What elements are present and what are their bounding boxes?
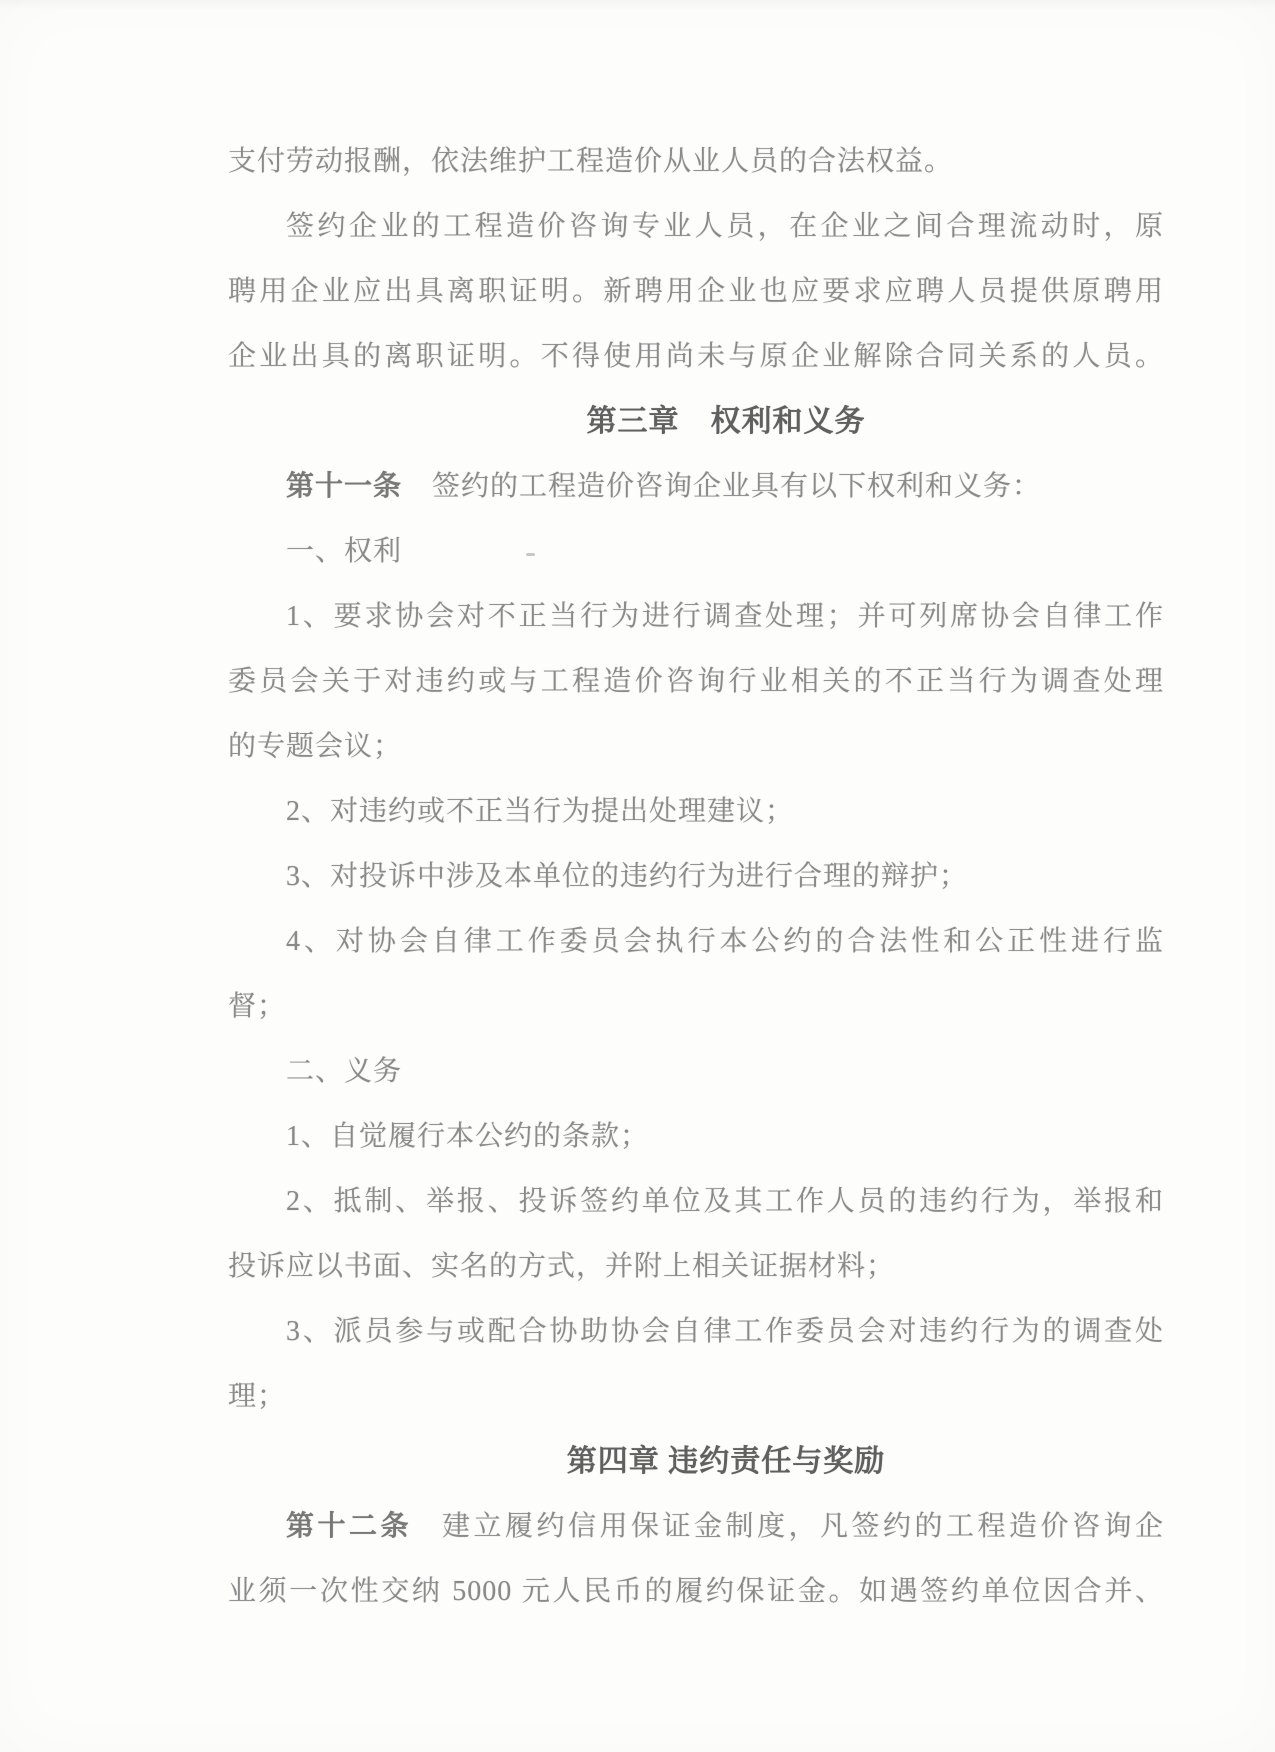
document-line: 签约企业的工程造价咨询专业人员，在企业之间合理流动时，原 [228, 194, 1164, 259]
document-line: 企业出具的离职证明。不得使用尚未与原企业解除合同关系的人员。 [228, 324, 1164, 389]
article-11-text: 签约的工程造价咨询企业具有以下权利和义务： [432, 471, 1041, 502]
rights-item-4-line: 4、对协会自律工作委员会执行本公约的合法性和公正性进行监 [228, 909, 1164, 974]
obligations-item-1-line: 1、自觉履行本公约的条款； [228, 1104, 1164, 1169]
rights-subheading: 一、权利 [228, 519, 1164, 584]
rights-item-1-line: 的专题会议； [228, 714, 1164, 779]
rights-item-1-line: 1、要求协会对不正当行为进行调查处理；并可列席协会自律工作 [228, 584, 1164, 649]
document-line: 支付劳动报酬，依法维护工程造价从业人员的合法权益。 [228, 129, 1164, 194]
scan-speck [526, 553, 535, 556]
article-11-number: 第十一条 [286, 471, 402, 502]
scan-edge-shading [0, 0, 1275, 10]
obligations-item-3-line: 3、派员参与或配合协助协会自律工作委员会对违约行为的调查处 [228, 1299, 1164, 1364]
obligations-item-3-line: 理； [228, 1364, 1164, 1429]
obligations-item-2-line: 投诉应以书面、实名的方式，并附上相关证据材料； [228, 1234, 1164, 1299]
article-11-line: 第十一条签约的工程造价咨询企业具有以下权利和义务： [228, 454, 1164, 519]
chapter-heading-3: 第三章 权利和义务 [258, 389, 1194, 454]
rights-item-4-line: 督； [228, 974, 1164, 1039]
rights-item-1-line: 委员会关于对违约或与工程造价咨询行业相关的不正当行为调查处理 [228, 649, 1164, 714]
rights-item-3-line: 3、对投诉中涉及本单位的违约行为进行合理的辩护； [228, 844, 1164, 909]
scanned-document-page: 支付劳动报酬，依法维护工程造价从业人员的合法权益。 签约企业的工程造价咨询专业人… [0, 0, 1275, 1752]
obligations-subheading: 二、义务 [228, 1039, 1164, 1104]
obligations-item-2-line: 2、抵制、举报、投诉签约单位及其工作人员的违约行为，举报和 [228, 1169, 1164, 1234]
rights-item-2-line: 2、对违约或不正当行为提出处理建议； [228, 779, 1164, 844]
document-text-block: 支付劳动报酬，依法维护工程造价从业人员的合法权益。 签约企业的工程造价咨询专业人… [228, 129, 1164, 1624]
article-12-number: 第十二条 [286, 1511, 412, 1542]
article-12-line: 第十二条建立履约信用保证金制度，凡签约的工程造价咨询企 [228, 1494, 1164, 1559]
chapter-heading-4: 第四章 违约责任与奖励 [258, 1429, 1194, 1494]
document-line: 聘用企业应出具离职证明。新聘用企业也应要求应聘人员提供原聘用 [228, 259, 1164, 324]
article-12-line: 业须一次性交纳 5000 元人民币的履约保证金。如遇签约单位因合并、 [228, 1559, 1164, 1624]
article-12-text: 建立履约信用保证金制度，凡签约的工程造价咨询企 [442, 1511, 1164, 1542]
